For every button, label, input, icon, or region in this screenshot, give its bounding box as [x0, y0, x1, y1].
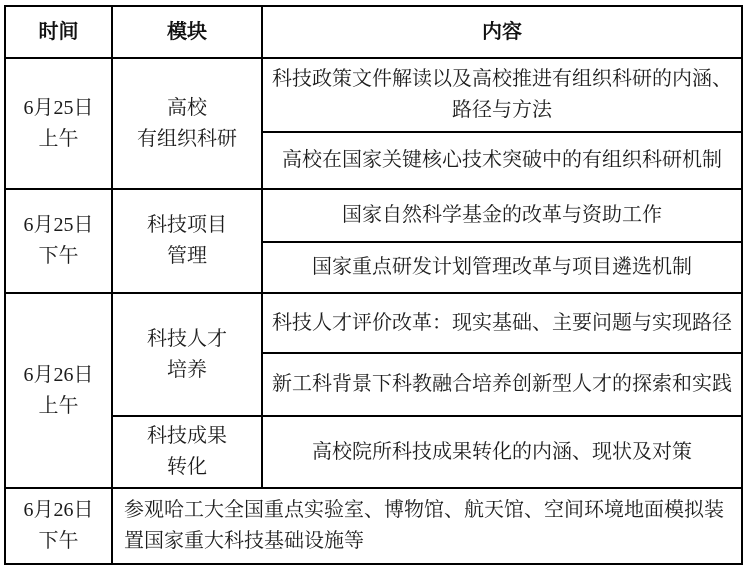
content-cell-talent-evaluation: 科技人才评价改革：现实基础、主要问题与实现路径 — [262, 293, 742, 353]
header-content: 内容 — [262, 6, 742, 58]
header-time: 时间 — [5, 6, 112, 58]
time-cell-jun26-am: 6月26日 上午 — [5, 293, 112, 488]
content-cell-key-rd-program: 国家重点研发计划管理改革与项目遴选机制 — [262, 242, 742, 293]
table-row: 6月25日 下午 科技项目 管理 国家自然科学基金的改革与资助工作 — [5, 189, 742, 242]
header-module: 模块 — [112, 6, 262, 58]
content-cell-new-engineering: 新工科背景下科教融合培养创新型人才的探索和实践 — [262, 353, 742, 416]
table-row: 科技成果 转化 高校院所科技成果转化的内涵、现状及对策 — [5, 416, 742, 488]
module-cell-achievement-transfer: 科技成果 转化 — [112, 416, 262, 488]
header-row: 时间 模块 内容 — [5, 6, 742, 58]
content-cell-achievement-transformation: 高校院所科技成果转化的内涵、现状及对策 — [262, 416, 742, 488]
schedule-table: 时间 模块 内容 6月25日 上午 高校 有组织科研 科技政策文件解读以及高校推… — [4, 5, 743, 565]
content-cell-key-tech-breakthrough: 高校在国家关键核心技术突破中的有组织科研机制 — [262, 132, 742, 189]
module-cell-talent-cultivation: 科技人才 培养 — [112, 293, 262, 416]
table-row: 6月25日 上午 高校 有组织科研 科技政策文件解读以及高校推进有组织科研的内涵… — [5, 58, 742, 132]
content-cell-policy-interpretation: 科技政策文件解读以及高校推进有组织科研的内涵、路径与方法 — [262, 58, 742, 132]
time-cell-jun25-pm: 6月25日 下午 — [5, 189, 112, 293]
time-cell-jun25-am: 6月25日 上午 — [5, 58, 112, 189]
module-cell-project-management: 科技项目 管理 — [112, 189, 262, 293]
time-cell-jun26-pm: 6月26日 下午 — [5, 488, 112, 564]
table-row: 6月26日 下午 参观哈工大全国重点实验室、博物馆、航天馆、空间环境地面模拟装置… — [5, 488, 742, 564]
content-cell-hit-visit: 参观哈工大全国重点实验室、博物馆、航天馆、空间环境地面模拟装置国家重大科技基础设… — [112, 488, 742, 564]
table-row: 6月26日 上午 科技人才 培养 科技人才评价改革：现实基础、主要问题与实现路径 — [5, 293, 742, 353]
module-cell-organized-research: 高校 有组织科研 — [112, 58, 262, 189]
content-cell-nsfc-reform: 国家自然科学基金的改革与资助工作 — [262, 189, 742, 242]
